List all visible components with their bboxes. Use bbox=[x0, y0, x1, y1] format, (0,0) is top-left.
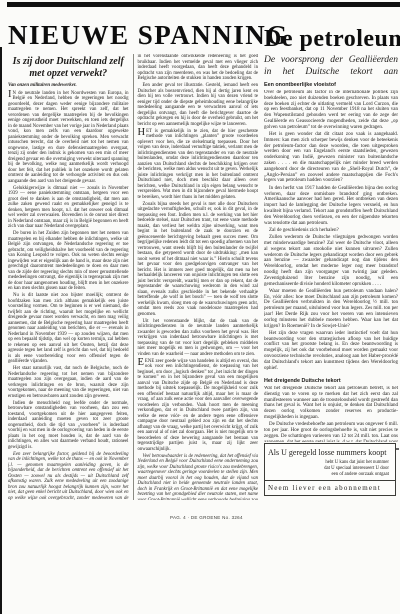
petroleum-subhead-line2: in het Duitsche tekort aan bbox=[264, 67, 398, 79]
ad-cta: Neem liever een abonnement bbox=[265, 480, 395, 495]
article-paragraph: Indien de menschheid nog leefde onder de… bbox=[8, 401, 129, 451]
article-petroleum: De petroleum De voorsprong der Gealliëer… bbox=[264, 26, 398, 442]
article-paragraph: Het is geen wonder dat dit citaat zoo va… bbox=[264, 132, 398, 184]
subscription-ad: Als U geregeld losse nummers koopt hebt … bbox=[264, 443, 396, 496]
newspaper-page: NIEUWE SPANNING Is zij door Duitschland … bbox=[0, 0, 400, 614]
main-subhead-line1: Is zij door Duitschland zelf bbox=[8, 56, 129, 68]
main-subhead-line2: met opzet verwekt? bbox=[8, 68, 129, 80]
ad-body-line3: een of andere oorzaak ontgaat bbox=[275, 472, 389, 478]
dropcap-letter: E bbox=[138, 359, 145, 368]
article-paragraph: IN de neutrale landen in het Noordwesten… bbox=[8, 91, 129, 185]
article-paragraph: Zal de geschiedenis zich herhalen? bbox=[264, 228, 398, 234]
article-paragraph: in het vorenstaande ontwikkelde redeneer… bbox=[138, 54, 259, 82]
article-main: NIEUWE SPANNING Is zij door Duitschland … bbox=[8, 20, 258, 500]
article-paragraph-italic: Veel betrouwbaarder is de redeneering, d… bbox=[138, 454, 259, 501]
article-paragraph: Nu is dit laatste niet zoo bijster moeil… bbox=[8, 293, 129, 365]
article-paragraph: Zooals bijna steeds het geval is met all… bbox=[138, 202, 259, 318]
article-paragraph: Uit het vorenstaande blijkt, dat de taak… bbox=[138, 319, 259, 358]
main-subhead: Is zij door Duitschland zelf met opzet v… bbox=[8, 56, 129, 80]
dropcap-letter: H bbox=[138, 129, 147, 138]
article-paragraph: Een ander geval ter illustratie. Gesteld… bbox=[138, 83, 259, 127]
petroleum-subhead: De voorsprong der Gealliëerden in het Du… bbox=[264, 55, 398, 78]
main-column-2: in het vorenstaande ontwikkelde redeneer… bbox=[133, 54, 259, 500]
main-columns: Is zij door Duitschland zelf met opzet v… bbox=[8, 54, 258, 500]
main-headline: NIEUWE SPANNING bbox=[8, 20, 258, 50]
section-heading: Het dreigende Duitsche tekort bbox=[264, 378, 398, 384]
article-paragraph: Het staat natuurlijk vast, dat noch de B… bbox=[8, 366, 129, 399]
article-paragraph: Het zijn deze vragen waarvan ieder insti… bbox=[264, 331, 398, 372]
article-paragraph: Over de petroleum als factor in de inter… bbox=[264, 90, 398, 131]
article-paragraph: De Duitsche vredesbehoefte aan petroleum… bbox=[264, 422, 398, 442]
article-paragraph: De buren in het Zuiden zijn begonnen met… bbox=[8, 231, 129, 292]
page-footer: PAG. 4 · DE GROENE No. 3264 bbox=[170, 515, 243, 520]
ad-title: Als U geregeld losse nummers koopt bbox=[265, 444, 395, 459]
petroleum-subhead-line1: De voorsprong der Gealliëerden bbox=[264, 55, 398, 67]
petroleum-section-1: Over de petroleum als factor in de inter… bbox=[264, 90, 398, 374]
petroleum-section-2: Wat het dreigende Duitsche tekort aan pe… bbox=[264, 386, 398, 442]
main-column-1: Is zij door Duitschland zelf met opzet v… bbox=[8, 54, 133, 500]
article-paragraph: EENE zeer goede wijze van handelen is al… bbox=[138, 359, 259, 453]
petroleum-headline: De petroleum bbox=[264, 26, 398, 52]
article-paragraph: Gelukkigerwijze is ditmaal niet — zooals… bbox=[8, 186, 129, 230]
ad-body: hebt U kans dat juist het nummer dat U s… bbox=[265, 459, 395, 480]
byline: Van onzen militairen medewerker. bbox=[8, 83, 129, 89]
article-paragraph: HET is gemakkelijk in te zien, dat de hi… bbox=[138, 129, 259, 201]
article-paragraph-italic: Een zeer belangrijke factor, geldend bij… bbox=[8, 452, 129, 501]
article-paragraph: In den herfst van 1917 hadden de Geallië… bbox=[264, 186, 398, 227]
article-paragraph: Wat het dreigende Duitsche tekort aan pe… bbox=[264, 386, 398, 421]
section-heading: Een onontbeerlijke vloeistof bbox=[264, 82, 398, 88]
top-rule bbox=[7, 2, 400, 7]
scan-left-edge bbox=[0, 47, 2, 614]
article-paragraph: Zullen wederom de Duitsche vliegtuigen g… bbox=[264, 235, 398, 287]
article-paragraph: Waar moeten de Gealliëerden hun petroleu… bbox=[264, 289, 398, 330]
